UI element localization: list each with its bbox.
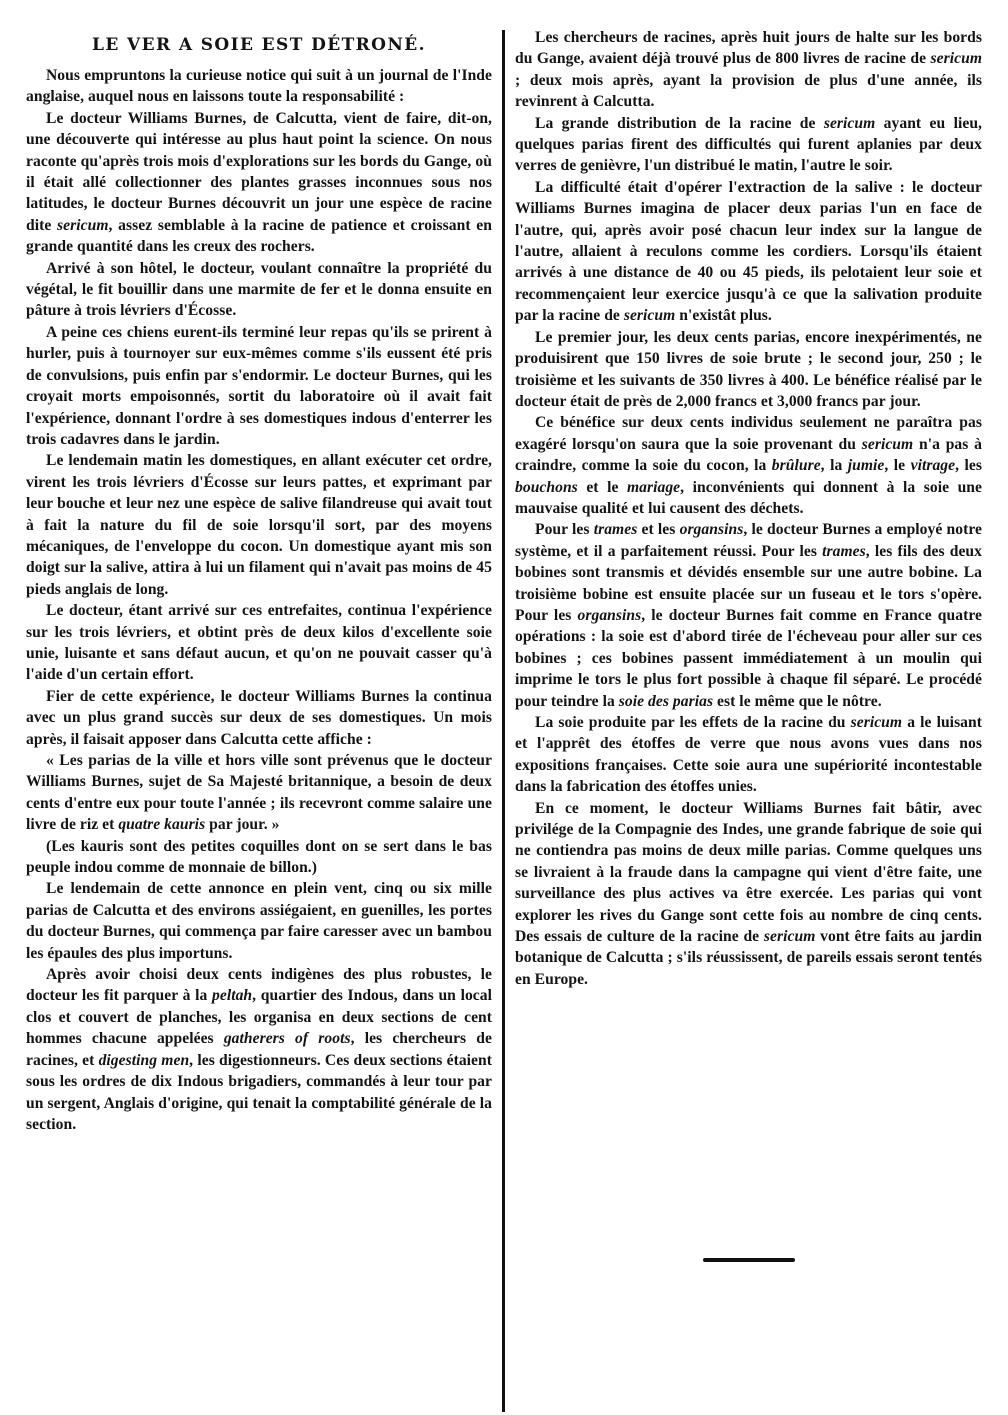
italic-term: gatherers of roots: [224, 1030, 351, 1047]
column-divider: [502, 30, 505, 1412]
article-paragraph: (Les kauris sont des petites coquilles d…: [26, 836, 492, 879]
italic-term: organsins: [578, 607, 642, 624]
article-paragraph: La soie produite par les effets de la ra…: [515, 712, 982, 798]
italic-term: trames: [822, 543, 866, 560]
article-paragraph: La grande distribution de la racine de s…: [515, 113, 982, 177]
italic-term: sericum: [851, 714, 902, 731]
article-paragraph: Le docteur Williams Burnes, de Calcutta,…: [26, 108, 492, 258]
article-paragraph: Après avoir choisi deux cents indigènes …: [26, 964, 492, 1135]
article-paragraph: Le docteur, étant arrivé sur ces entrefa…: [26, 600, 492, 686]
italic-term: brûlure: [772, 457, 821, 474]
article-paragraph: Les chercheurs de racines, après huit jo…: [515, 27, 982, 113]
italic-term: digesting men: [99, 1052, 190, 1069]
article-title: LE VER A SOIE EST DÉTRONÉ.: [26, 34, 492, 56]
newspaper-page: LE VER A SOIE EST DÉTRONÉ. Nous emprunto…: [0, 0, 1008, 1415]
italic-term: sericum: [862, 436, 913, 453]
italic-term: bouchons: [515, 479, 578, 496]
italic-term: sericum: [931, 50, 982, 67]
article-paragraph: Nous empruntons la curieuse notice qui s…: [26, 65, 492, 108]
article-paragraph: Arrivé à son hôtel, le docteur, voulant …: [26, 258, 492, 322]
right-column-body: Les chercheurs de racines, après huit jo…: [515, 27, 982, 990]
left-column-body: Nous empruntons la curieuse notice qui s…: [26, 65, 492, 1135]
article-paragraph: « Les parias de la ville et hors ville s…: [26, 750, 492, 836]
left-column: LE VER A SOIE EST DÉTRONÉ. Nous emprunto…: [26, 34, 492, 1135]
italic-term: soie des parias: [619, 693, 713, 710]
italic-term: sericum: [764, 928, 815, 945]
italic-term: peltah: [212, 987, 252, 1004]
article-paragraph: Le lendemain de cette annonce en plein v…: [26, 878, 492, 964]
end-of-article-rule: [703, 1258, 795, 1262]
italic-term: sericum: [624, 307, 675, 324]
article-paragraph: Le premier jour, les deux cents parias, …: [515, 327, 982, 413]
article-paragraph: Pour les trames et les organsins, le doc…: [515, 519, 982, 712]
italic-term: sericum: [57, 217, 108, 234]
right-column: Les chercheurs de racines, après huit jo…: [515, 27, 982, 990]
italic-term: vitrage: [911, 457, 956, 474]
italic-term: organsins: [680, 521, 744, 538]
italic-term: trames: [594, 521, 638, 538]
article-paragraph: A peine ces chiens eurent-ils terminé le…: [26, 322, 492, 450]
italic-term: sericum: [824, 115, 875, 132]
article-paragraph: La difficulté était d'opérer l'extractio…: [515, 177, 982, 327]
article-paragraph: Fier de cette expérience, le docteur Wil…: [26, 686, 492, 750]
italic-term: jumie: [848, 457, 885, 474]
italic-term: mariage: [627, 479, 680, 496]
italic-term: quatre kauris: [118, 816, 205, 833]
article-paragraph: En ce moment, le docteur Williams Burnes…: [515, 798, 982, 991]
article-paragraph: Le lendemain matin les domestiques, en a…: [26, 450, 492, 600]
article-paragraph: Ce bénéfice sur deux cents individus seu…: [515, 412, 982, 519]
